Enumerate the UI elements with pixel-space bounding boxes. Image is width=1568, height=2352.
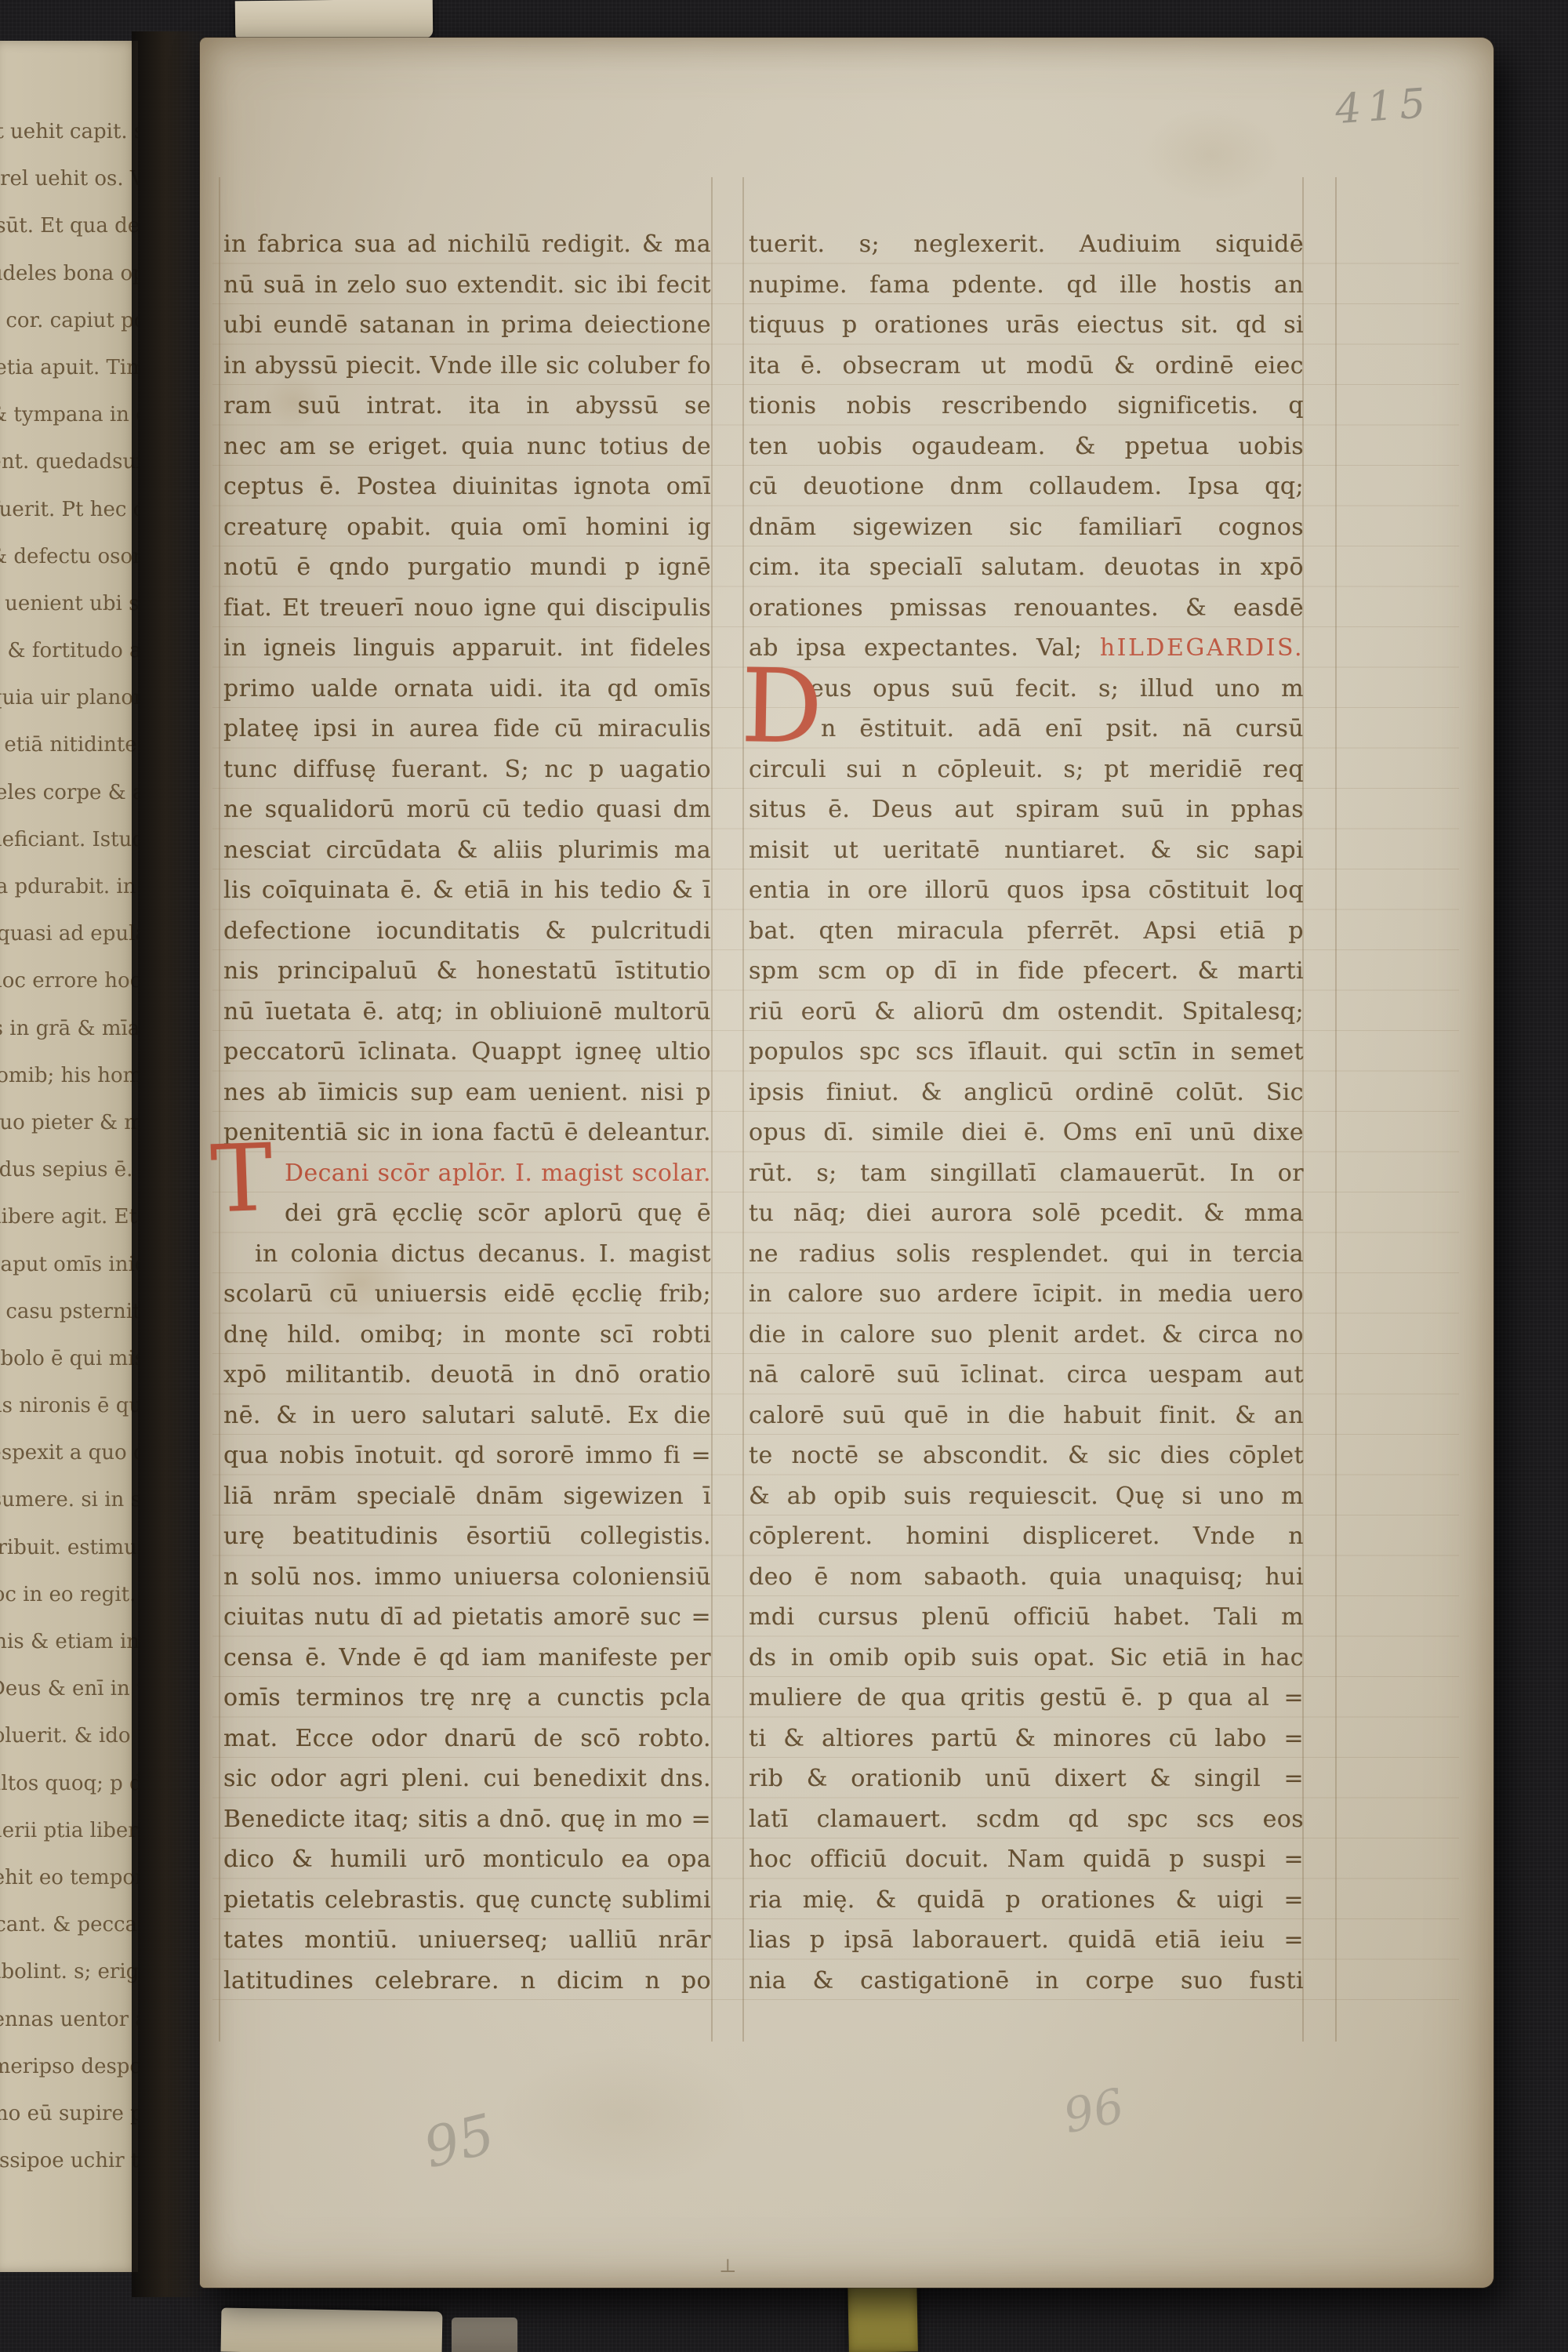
manuscript-line: orationes pmissas renouantes. & easdē	[749, 588, 1304, 629]
facing-page-line-fragment: & defectu osor adimit.	[0, 533, 138, 580]
red-initial-T: T	[209, 1131, 274, 1226]
manuscript-line: defectione iocunditatis & pulcritudi	[223, 911, 711, 952]
facing-page-line-fragment: multos quoq; p dolore ab	[0, 1760, 138, 1807]
facing-page-line-fragment: res & fortitudo ac simili	[0, 627, 138, 674]
gutter-shadow	[132, 31, 207, 2297]
manuscript-line: rūt. s; tam singillatī clamauerūt. In or	[749, 1153, 1304, 1194]
column-divider-line	[742, 177, 744, 2042]
manuscript-line: Benedicte itaq; sitis a dnō. quę in mo =	[223, 1799, 711, 1840]
manuscript-line: ab ipsa expectantes. Val; hILDEGARDIS.	[749, 628, 1304, 669]
facing-page-line-fragment: & etiā nitidinte tortois	[0, 721, 138, 768]
manuscript-line: xpō militantib. deuotā in dnō oratio	[223, 1355, 711, 1396]
manuscript-line: cim. ita specialī salutam. deuotas in xp…	[749, 547, 1304, 588]
facing-page-line-fragment: fideles bona opibus pfe	[0, 250, 138, 297]
manuscript-line: ceptus ē. Postea diuinitas ignota omī	[223, 466, 711, 507]
facing-page-text-fragments: it uehit capit. sapientiatorel uehit os.…	[0, 41, 138, 2184]
facing-page-line-fragment: ira pdurabit. in quo fide	[0, 863, 138, 910]
manuscript-line: urę beatitudinis ēsortiū collegistis.	[223, 1516, 711, 1557]
folio-number-pencil: 415	[1334, 80, 1433, 133]
facing-page-line-fragment: ds in grā & mīa ac uia ib	[0, 1005, 138, 1052]
facing-page-line-fragment: rent. quedadsum sibi &	[0, 438, 138, 485]
manuscript-photo-stage: it uehit capit. sapientiatorel uehit os.…	[0, 0, 1568, 2352]
facing-page-line-fragment: ri fuerit. Pt hec oīa iudi	[0, 486, 138, 533]
manuscript-line: tates montiū. uniuerseq; ualliū nrār	[223, 1920, 711, 1961]
manuscript-line: dico & humili urō monticulo ea opa	[223, 1839, 711, 1880]
manuscript-line: nis principaluū & honestatū īstitutio	[223, 951, 711, 992]
manuscript-line: ria mię. & quidā p orationes & uigi =	[749, 1880, 1304, 1921]
facing-page-line-fragment: phetia apuit. Time &	[0, 344, 138, 391]
facing-page-line-fragment: mo eū supire pose. Aut	[0, 2090, 138, 2137]
manuscript-line: eus opus suū fecit. s; illud uno m	[749, 669, 1304, 710]
facing-page-edge: it uehit capit. sapientiatorel uehit os.…	[0, 41, 138, 2272]
manuscript-line: creaturę opabit. quia omī homini ig	[223, 507, 711, 548]
manuscript-line: te noctē se abscondit. & sic dies cōplet	[749, 1436, 1304, 1476]
facing-page-line-fragment: plicant. & peccatores pe	[0, 1901, 138, 1948]
manuscript-line: mdi cursus plenū officiū habet. Tali m	[749, 1597, 1304, 1638]
manuscript-line: ita ē. obsecram ut modū & ordinē eiec	[749, 346, 1304, 387]
quire-mark-left-pencil: 95	[417, 2101, 500, 2180]
facing-page-line-fragment: diabolo ē qui misericordia	[0, 1335, 138, 1382]
facing-page-line-fragment: torel uehit os. V sci et	[0, 155, 138, 202]
manuscript-line: nē. & in uero salutari salutē. Ex die	[223, 1396, 711, 1436]
facing-page-line-fragment: bonis & etiam in mali s	[0, 1618, 138, 1665]
manuscript-line: tionis nobis rescribendo significetis. q	[749, 386, 1304, 426]
manuscript-line: nupime. fama pdente. qd ille hostis an	[749, 265, 1304, 306]
facing-page-line-fragment: ta sūt. Et qua deila opib;	[0, 202, 138, 249]
column-divider-line	[1335, 177, 1337, 2042]
manuscript-line: nā calorē suū īclinat. circa uespam aut	[749, 1355, 1304, 1396]
manuscript-line: ti & altiores partū & minores cū labo =	[749, 1719, 1304, 1759]
manuscript-line: latī clamauert. scdm qd spc scs eos	[749, 1799, 1304, 1840]
facing-page-line-fragment: Deus & enī in uho ne respi	[0, 1665, 138, 1712]
manuscript-line: ds in omib opib suis opat. Sic etiā in h…	[749, 1638, 1304, 1679]
manuscript-line: qua nobis īnotuit. qd sororē immo fi =	[223, 1436, 711, 1476]
manuscript-line: tuerit. s; neglexerit. Audiuim siquidē	[749, 224, 1304, 265]
rubric-signature: hILDEGARDIS.	[1100, 634, 1304, 662]
manuscript-line: dei grā ęcclię scōr aplorū quę ē	[223, 1193, 711, 1234]
facing-page-line-fragment: tribuit. estimur & fiat is	[0, 1524, 138, 1571]
facing-page-line-fragment: re quasi ad epulas festi	[0, 910, 138, 957]
manuscript-line: tu nāq; diei aurora solē pcedit. & mma	[749, 1193, 1304, 1234]
facing-page-line-fragment: hoc in eo regit. quia qdl ib	[0, 1571, 138, 1618]
text-column-right: tuerit. s; neglexerit. Audiuim siquidēnu…	[749, 224, 1304, 2001]
manuscript-line: misit ut ueritatē nuntiaret. & sic sapi	[749, 830, 1304, 871]
manuscript-line: opus dī. simile diei ē. Oms enī unū dixe	[749, 1112, 1304, 1153]
manuscript-line: cōplerent. homini displiceret. Vnde n	[749, 1516, 1304, 1557]
manuscript-line: censa ē. Vnde ē qd iam manifeste per	[223, 1638, 711, 1679]
manuscript-line: spm scm op dī in fide pfecert. & marti	[749, 951, 1304, 992]
manuscript-line: nesciat circūdata & aliis plurimis ma	[223, 830, 711, 871]
manuscript-line: n solū nos. immo uniuersa coloniensiū	[223, 1557, 711, 1598]
column-divider-line	[219, 177, 220, 2042]
manuscript-line: ipsis finiut. & anglicū ordinē colūt. Si…	[749, 1073, 1304, 1113]
manuscript-line: pietatis celebrastis. quę cunctę sublimi…	[223, 1880, 711, 1921]
manuscript-line: ram suū intrat. ita in abyssū se abscond…	[223, 386, 711, 426]
manuscript-page: in fabrica sua ad nichilū redigit. & man…	[200, 38, 1494, 2288]
manuscript-line: entia in ore illorū quos ipsa cōstituit …	[749, 870, 1304, 911]
manuscript-line: in abyssū piecit. Vnde ille sic coluber …	[223, 346, 711, 387]
manuscript-line: in colonia dictus decanus. I. magist	[223, 1234, 711, 1275]
facing-page-line-fragment: uehit eo tempore celeb; ea	[0, 1854, 138, 1901]
manuscript-line: omīs terminos trę nrę a cunctis pcla	[223, 1678, 711, 1719]
manuscript-line: latitudines celebrare. n dicim n po	[223, 1961, 711, 2002]
quire-mark-right-pencil: 96	[1059, 2078, 1129, 2144]
facing-page-line-fragment: In omib; his hominib; de	[0, 1052, 138, 1099]
manuscript-line: populos spc scs īflauit. qui sctīn in se…	[749, 1032, 1304, 1073]
manuscript-line: in igneis linguis apparuit. int fideles	[223, 628, 711, 669]
manuscript-line: circuli sui n cōpleuit. s; pt meridiē re…	[749, 750, 1304, 790]
facing-page-line-fragment: semeripso despondit ad	[0, 2043, 138, 2090]
manuscript-line: ne squalidorū morū cū tedio quasi dm	[223, 789, 711, 830]
manuscript-line: dnām sigewizen sic familiarī cognos	[749, 507, 1304, 548]
manuscript-line: lias p ipsā laborauert. quidā etiā ieiu …	[749, 1920, 1304, 1961]
manuscript-line: dnę hild. omibq; in monte scī robti	[223, 1315, 711, 1356]
manuscript-line: tiquus p orationes urās eiectus sit. qd …	[749, 305, 1304, 346]
manuscript-line: nū suā in zelo suo extendit. sic ibi fec…	[223, 265, 711, 306]
manuscript-line: hoc officiū docuit. Nam quidā p suspi =	[749, 1839, 1304, 1880]
manuscript-line: cū deuotione dnm collaudem. Ipsa qq;	[749, 466, 1304, 507]
facing-page-line-fragment: nī cor. capiut pomt. de	[0, 297, 138, 344]
manuscript-line: ten uobis ogaudeam. & ppetua uobis	[749, 426, 1304, 467]
facing-page-line-fragment: ds nironis ē quia multa ops	[0, 1382, 138, 1429]
manuscript-line: situs ē. Deus aut spiram suū in pphas	[749, 789, 1304, 830]
manuscript-line: Decani scōr aplōr. I. magist scolar. h.	[223, 1153, 711, 1194]
parchment-stain	[1141, 108, 1282, 202]
manuscript-line: ubi eundē satanan in prima deiectione	[223, 305, 711, 346]
parchment-stain	[498, 2045, 749, 2186]
manuscript-line: ne radius solis resplendet. qui in terci…	[749, 1234, 1304, 1275]
manuscript-line: nia & castigationē in corpe suo fusti	[749, 1961, 1304, 2002]
manuscript-line: plateę ipsi in aurea fide cū miraculis	[223, 709, 711, 750]
facing-page-line-fragment: hoc errore hoc in tendere	[0, 957, 138, 1004]
facing-page-line-fragment: noluerit. & ido in diabolu	[0, 1712, 138, 1759]
manuscript-line: notū ē qndo purgatio mundi p ignē	[223, 547, 711, 588]
manuscript-line: nec am se eriget. quia nunc totius de	[223, 426, 711, 467]
facing-page-line-fragment: abolint. s; erigit in spe	[0, 1948, 138, 1995]
manuscript-line: scolarū cū uniuersis eidē ęcclię frib;	[223, 1274, 711, 1315]
facing-page-line-fragment: suo pieter & multa ad se	[0, 1099, 138, 1146]
facing-page-line-fragment: quia uir planor est. qd	[0, 674, 138, 721]
facing-page-line-fragment: fideles corpe & anima int	[0, 769, 138, 816]
facing-page-line-fragment: & tympana in eripiedis	[0, 391, 138, 438]
manuscript-line: penitentiā sic in iona factū ē deleantur…	[223, 1112, 711, 1153]
parchment-tab-top	[235, 0, 434, 40]
manuscript-line: nes ab īimicis sup eam uenient. nisi p	[223, 1073, 711, 1113]
manuscript-line: calorē suū quē in die habuit finit. & an	[749, 1396, 1304, 1436]
manuscript-line: fiat. Et treuerī nouo igne qui discipuli…	[223, 588, 711, 629]
facing-page-line-fragment: in casu psternit. S; quia u	[0, 1288, 138, 1335]
manuscript-line: rib & orationib unū dixert & singil =	[749, 1759, 1304, 1799]
manuscript-line: in fabrica sua ad nichilū redigit. & ma	[223, 224, 711, 265]
manuscript-line: in calore suo ardere īcipit. in media ue…	[749, 1274, 1304, 1315]
text-column-left: in fabrica sua ad nichilū redigit. & man…	[223, 224, 711, 2001]
facing-page-line-fragment: nī libere agit. Et ido ē qd	[0, 1193, 138, 1240]
manuscript-line: riū eorū & aliorū dm ostendit. Spitalesq…	[749, 992, 1304, 1033]
manuscript-line: bat. qten miracula pferrēt. Apsi etiā p	[749, 911, 1304, 952]
facing-page-line-fragment: mdus sepius ē. Deus aut	[0, 1146, 138, 1193]
parchment-tab-bottom	[221, 2308, 443, 2352]
leather-tab-bottom	[452, 2318, 517, 2352]
manuscript-line: & ab opib suis requiescit. Quę si uno m	[749, 1476, 1304, 1517]
facing-page-line-fragment: deficiant. Istud aut nb in	[0, 816, 138, 863]
manuscript-line: liā nrām specialē dnām sigewizen ī	[223, 1476, 711, 1517]
red-initial-D: D	[740, 655, 823, 758]
manuscript-line: mat. Ecce odor dnarū de scō robto.	[223, 1719, 711, 1759]
facing-page-line-fragment: respexit a quo quoq; plus	[0, 1429, 138, 1476]
manuscript-line: nū īuetata ē. atq; in obliuionē multorū	[223, 992, 711, 1033]
manuscript-line: ciuitas nutu dī ad pietatis amorē suc =	[223, 1597, 711, 1638]
facing-page-line-fragment: caput omīs iniquitatis int	[0, 1241, 138, 1288]
manuscript-line: deo ē nom sabaoth. quia unaquisq; hui	[749, 1557, 1304, 1598]
manuscript-line: muliere de qua qritis gestū ē. p qua al …	[749, 1678, 1304, 1719]
facing-page-line-fragment: uerii ptia libere cebit	[0, 1807, 138, 1854]
manuscript-line: primo ualde ornata uidi. ita qd omīs	[223, 669, 711, 710]
facing-page-line-fragment: dissipoe uchir tobit ib	[0, 2137, 138, 2184]
manuscript-line: sic odor agri pleni. cui benedixit dns.	[223, 1759, 711, 1799]
manuscript-line: n ēstituit. adā enī psit. nā cursū	[749, 709, 1304, 750]
manuscript-line: die in calore suo plenit ardet. & circa …	[749, 1315, 1304, 1356]
catch-mark: ⊥	[719, 2255, 737, 2277]
manuscript-line: tunc diffusę fuerant. S; nc p uagatio	[223, 750, 711, 790]
facing-page-line-fragment: la uenient ubi spiritus	[0, 580, 138, 627]
manuscript-line: lis coīquinata ē. & etiā in his tedio & …	[223, 870, 711, 911]
facing-page-line-fragment: assumere. si in sententia	[0, 1476, 138, 1523]
facing-page-line-fragment: it uehit capit. sapientia	[0, 108, 138, 155]
facing-page-line-fragment: pennas uentor ad uerita	[0, 1996, 138, 2043]
column-divider-line	[711, 177, 713, 2042]
manuscript-line: peccatorū īclinata. Quappt igneę ultio	[223, 1032, 711, 1073]
